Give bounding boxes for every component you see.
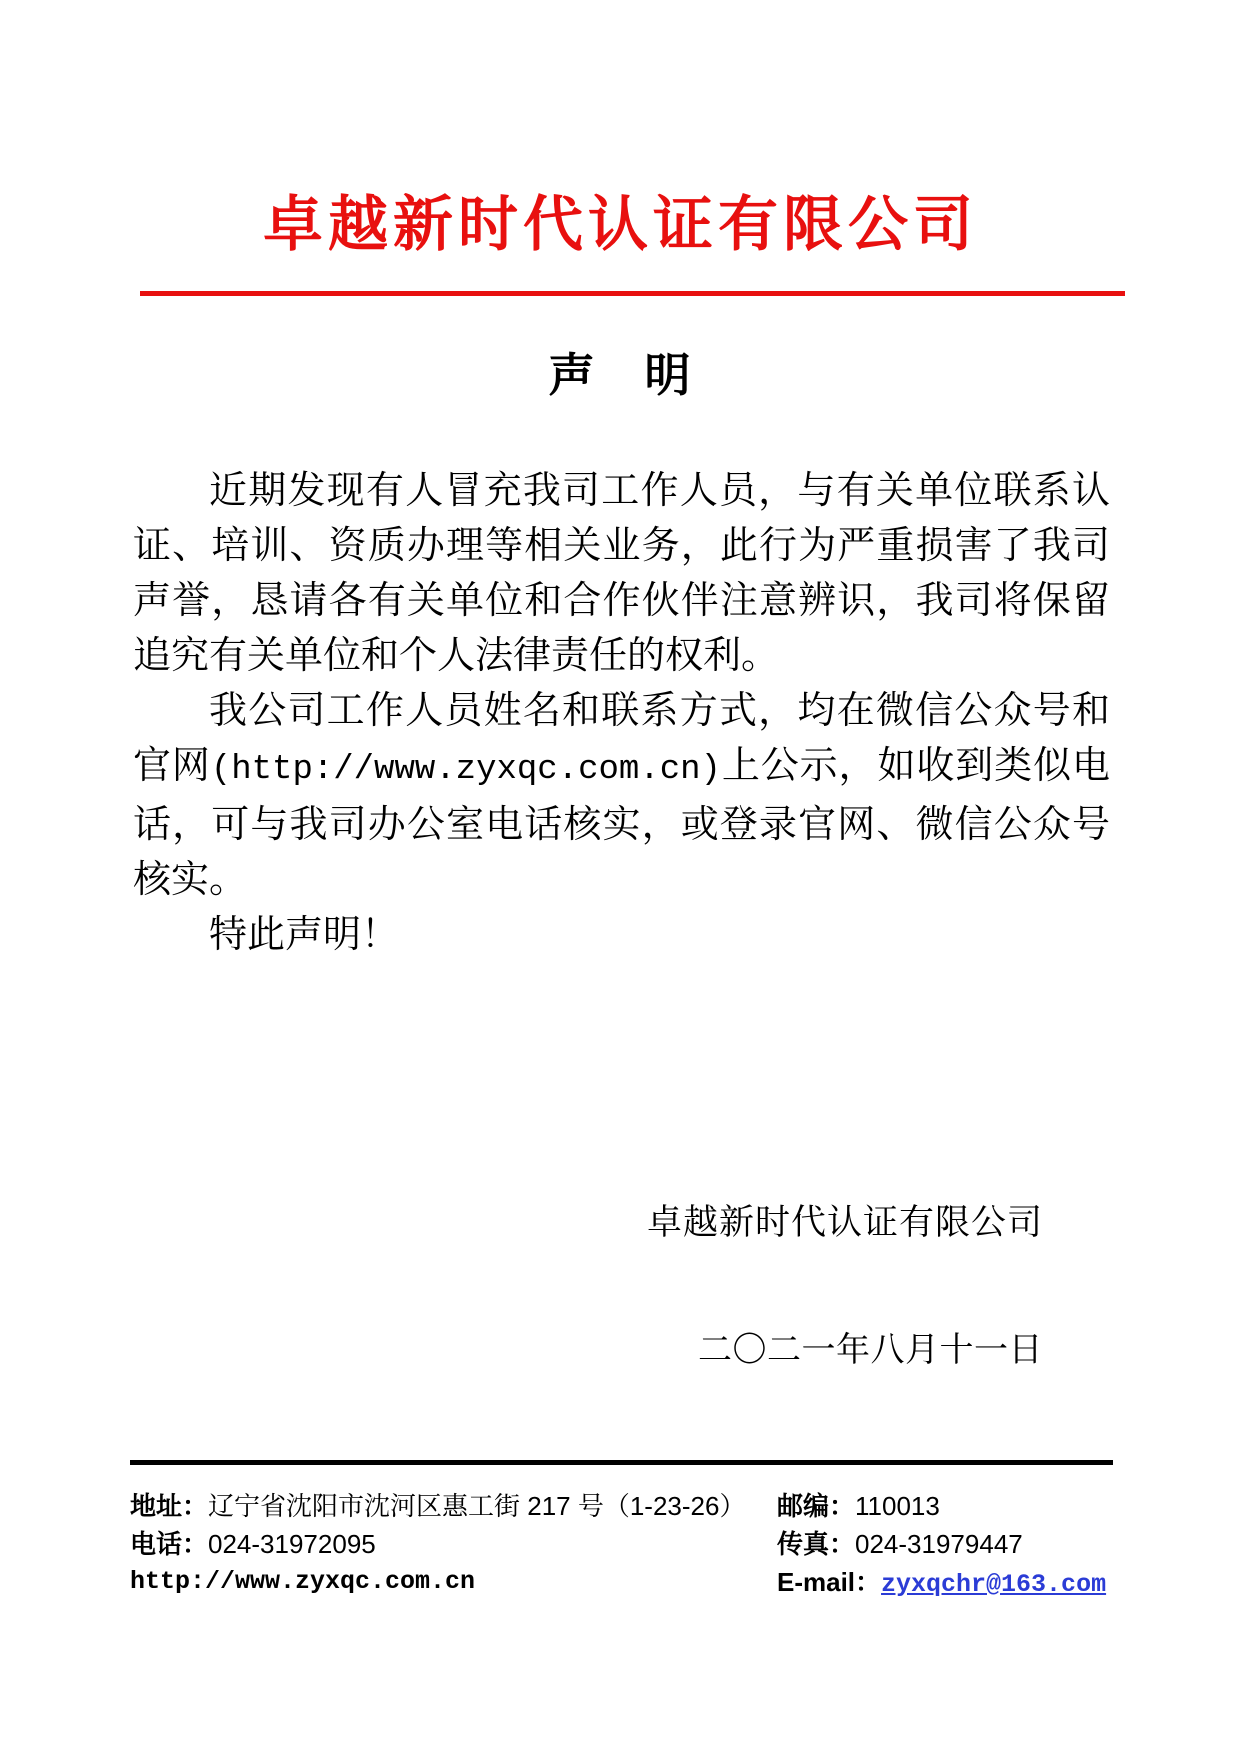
footer-email-row: E-mail：zyxqchr@163.com (777, 1562, 1113, 1599)
official-website-inline-text: (http://www.zyxqc.com.cn) (211, 751, 721, 789)
document-page: 卓越新时代认证有限公司 声 明 近期发现有人冒充我司工作人员，与有关单位联系认证… (0, 0, 1241, 1755)
postcode-label: 邮编： (777, 1491, 855, 1521)
footer-postcode-row: 邮编：110013 (777, 1486, 1113, 1523)
footer-fax-row: 传真：024-31979447 (777, 1524, 1113, 1561)
letterhead-company-title: 卓越新时代认证有限公司 (0, 193, 1241, 257)
footer-divider (130, 1460, 1113, 1465)
phone-value: 024-31972095 (208, 1529, 376, 1559)
email-link[interactable]: zyxqchr@163.com (881, 1570, 1106, 1599)
statement-paragraph-2: 我公司工作人员姓名和联系方式，均在微信公众号和官网(http://www.zyx… (133, 684, 1110, 908)
email-label: E-mail： (777, 1567, 881, 1597)
footer-contact-grid: 地址：辽宁省沈阳市沈河区惠工街 217 号（1-23-26） 邮编：110013… (130, 1485, 1113, 1599)
website-text: http://www.zyxqc.com.cn (130, 1567, 475, 1596)
statement-paragraph-3: 特此声明！ (133, 908, 1110, 963)
address-value: 辽宁省沈阳市沈河区惠工街 217 号（1-23-26） (208, 1491, 745, 1521)
footer-website-row: http://www.zyxqc.com.cn (130, 1564, 777, 1596)
letterhead-divider (140, 291, 1125, 296)
statement-body: 近期发现有人冒充我司工作人员，与有关单位联系认证、培训、资质办理等相关业务，此行… (133, 464, 1110, 963)
phone-label: 电话： (130, 1529, 208, 1559)
fax-label: 传真： (777, 1529, 855, 1559)
signature-block: 卓越新时代认证有限公司 二〇二一年八月十一日 (0, 1203, 1043, 1371)
fax-value: 024-31979447 (855, 1529, 1023, 1559)
signature-company-name: 卓越新时代认证有限公司 (0, 1203, 1043, 1243)
statement-paragraph-1: 近期发现有人冒充我司工作人员，与有关单位联系认证、培训、资质办理等相关业务，此行… (133, 464, 1110, 684)
address-label: 地址： (130, 1491, 208, 1521)
statement-heading: 声 明 (0, 351, 1241, 401)
footer-phone-row: 电话：024-31972095 (130, 1524, 777, 1561)
footer-address-row: 地址：辽宁省沈阳市沈河区惠工街 217 号（1-23-26） (130, 1486, 777, 1523)
signature-date: 二〇二一年八月十一日 (0, 1331, 1043, 1371)
footer: 地址：辽宁省沈阳市沈河区惠工街 217 号（1-23-26） 邮编：110013… (130, 1460, 1113, 1599)
postcode-value: 110013 (855, 1491, 940, 1521)
